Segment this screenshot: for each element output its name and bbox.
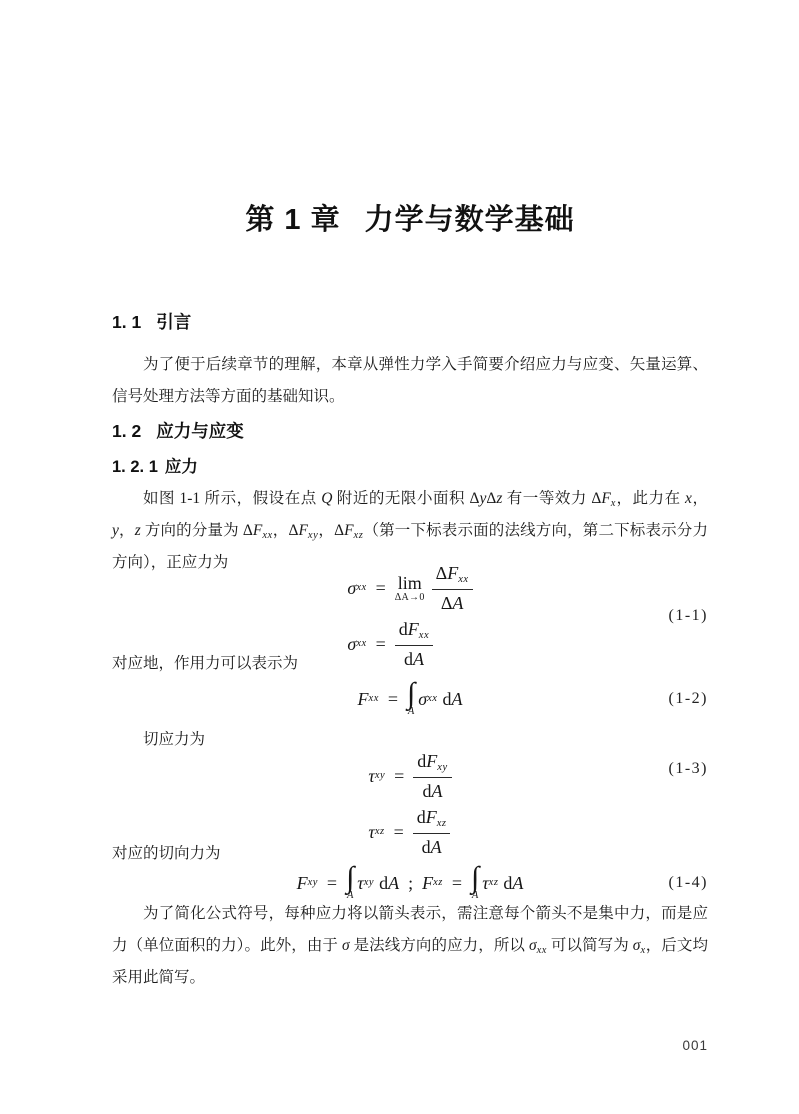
equation-1-2: Fxx = ∫ A σxx dA xyxy=(358,679,463,718)
equation-number-1-3: (1-3) xyxy=(669,760,708,778)
integral-expression: ∫ A τxz dA xyxy=(471,863,523,902)
text-run: 是法线方向的应力，所以 xyxy=(350,937,529,954)
heading-number: 1. 1 xyxy=(112,312,141,332)
limit-word: lim xyxy=(398,573,422,594)
math-var: F xyxy=(422,873,433,894)
equation-1-3-line-1: τxy = dFxy dA xyxy=(368,751,451,801)
inline-math: xx xyxy=(262,530,272,541)
equals-sign: = xyxy=(388,689,398,710)
equation-separator: ; xyxy=(408,873,413,894)
text-run: ，此力在 xyxy=(616,490,685,507)
paragraph-simplify: 为了简化公式符号，每种应力将以箭头表示，需注意每个箭头不是集中力，而是应力（单位… xyxy=(112,898,708,994)
math-subscript: xy xyxy=(375,771,385,782)
text-run: 为了便于后续章节的理解，本章从弹性力学入手简要介绍应力与应变、矢量运算、信号处理… xyxy=(112,356,708,405)
math-subscript: xz xyxy=(433,878,443,889)
text-run: 切应力为 xyxy=(143,731,205,748)
denominator: dA xyxy=(422,778,442,802)
chapter-title: 第 1 章力学与数学基础 xyxy=(112,202,708,238)
integral-expression: ∫ A σxx dA xyxy=(407,679,462,718)
inline-math: xz xyxy=(354,530,364,541)
numerator: dFxz xyxy=(413,807,451,834)
numerator: ΔFxx xyxy=(432,563,473,590)
inline-math: Δ xyxy=(591,490,601,507)
text-run: 可以简写为 xyxy=(547,937,633,954)
text-run: ， xyxy=(273,522,289,539)
inline-math: F xyxy=(253,522,262,539)
inline-math: Δ xyxy=(334,522,344,539)
paragraph-intro: 为了便于后续章节的理解，本章从弹性力学入手简要介绍应力与应变、矢量运算、信号处理… xyxy=(112,349,708,413)
equation-1-4: Fxy = ∫ A τxy dA ; Fxz = ∫ A τxz dA xyxy=(297,863,524,902)
text-run: 方向的分量为 xyxy=(141,522,243,539)
text-run: ， xyxy=(119,522,135,539)
equation-block-1-2: Fxx = ∫ A σxx dA (1-2) xyxy=(112,674,708,724)
inline-math: Δ xyxy=(486,490,496,507)
inline-math: x xyxy=(685,490,692,507)
fraction: ΔFxx ΔA xyxy=(432,563,473,613)
math-subscript: xz xyxy=(375,827,385,838)
text-run: ， xyxy=(318,522,334,539)
math-subscript: xx xyxy=(369,694,379,705)
text-run: 如图 1-1 所示，假设在点 xyxy=(143,490,321,507)
heading-title: 引言 xyxy=(156,312,191,332)
chapter-name: 力学与数学基础 xyxy=(365,204,575,236)
equals-sign: = xyxy=(327,873,337,894)
equals-sign: = xyxy=(394,766,404,787)
section-heading-1-1: 1. 1引言 xyxy=(112,312,708,333)
inline-math: σ xyxy=(342,937,350,954)
numerator: dFxx xyxy=(395,619,433,646)
inline-math: Q xyxy=(321,490,332,507)
integral-sign: ∫ A xyxy=(346,863,354,902)
math-var: F xyxy=(297,873,308,894)
heading-title: 应力与应变 xyxy=(156,421,244,441)
equation-number-1-4: (1-4) xyxy=(669,874,708,892)
section-heading-1-2: 1. 2应力与应变 xyxy=(112,421,708,442)
inline-math: y xyxy=(112,522,119,539)
equation-1-1-line-1: σxx = lim ΔA→0 ΔFxx ΔA xyxy=(347,563,472,613)
inline-math: Δ xyxy=(469,490,479,507)
numerator: dFxy xyxy=(413,751,451,778)
text-run: 有一等效力 xyxy=(502,490,591,507)
text-run: 附近的无限小面积 xyxy=(332,490,469,507)
equals-sign: = xyxy=(376,578,386,599)
math-var: σ xyxy=(347,578,356,599)
integral-sign: ∫ A xyxy=(407,679,415,718)
math-subscript: xy xyxy=(308,878,318,889)
inline-math: σ xyxy=(529,937,537,954)
chapter-number: 第 1 章 xyxy=(245,204,340,236)
math-subscript: xx xyxy=(356,583,366,594)
math-var: F xyxy=(358,689,369,710)
equation-number-1-2: (1-2) xyxy=(669,690,708,708)
inline-math: xx xyxy=(537,945,547,956)
inline-math: Δ xyxy=(243,522,253,539)
fraction: dFxy dA xyxy=(413,751,451,801)
text-run: ， xyxy=(692,490,708,507)
heading-title: 应力 xyxy=(165,458,198,476)
inline-math: F xyxy=(344,522,353,539)
page-number: 001 xyxy=(112,1038,708,1053)
inline-math: F xyxy=(601,490,610,507)
inline-math: F xyxy=(298,522,307,539)
book-page: 第 1 章力学与数学基础 1. 1引言 为了便于后续章节的理解，本章从弹性力学入… xyxy=(0,0,799,1114)
heading-number: 1. 2 xyxy=(112,421,141,441)
limit-subscript: ΔA→0 xyxy=(395,592,425,604)
integral-expression: ∫ A τxy dA xyxy=(346,863,399,902)
equals-sign: = xyxy=(452,873,462,894)
section-heading-1-2-1: 1. 2. 1应力 xyxy=(112,457,708,477)
inline-math: xy xyxy=(308,530,318,541)
limit-stack: lim ΔA→0 xyxy=(395,573,425,603)
equation-number-1-1: (1-1) xyxy=(669,607,708,625)
inline-math: Δ xyxy=(288,522,298,539)
integral-sign: ∫ A xyxy=(471,863,479,902)
heading-number: 1. 2. 1 xyxy=(112,458,158,476)
text-run: 对应地，作用力可以表示为 xyxy=(112,655,298,672)
denominator: ΔA xyxy=(441,590,464,614)
